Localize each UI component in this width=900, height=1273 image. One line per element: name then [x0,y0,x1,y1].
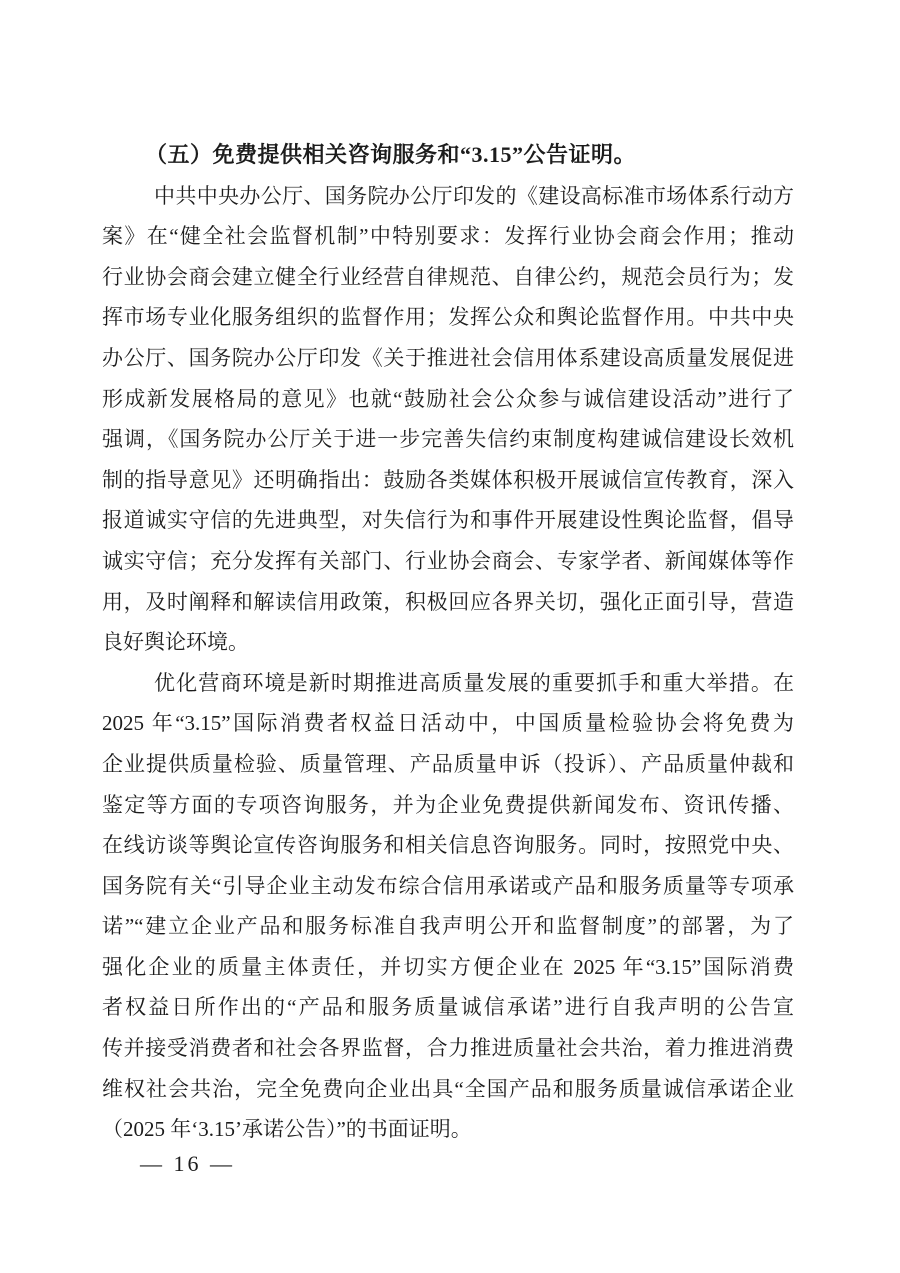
text-line: 制的指导意见》还明确指出：鼓励各类媒体积极开展诚信宣传教育，深入 [102,460,794,501]
text-line: 企业提供质量检验、质量管理、产品质量申诉（投诉）、产品质量仲裁和 [102,744,794,785]
text-line: 传并接受消费者和社会各界监督，合力推进质量社会共治，着力推进消费 [102,1028,794,1069]
text-line: 2025 年“3.15”国际消费者权益日活动中，中国质量检验协会将免费为 [102,703,794,744]
text-line: 者权益日所作出的“产品和服务质量诚信承诺”进行自我声明的公告宣 [102,987,794,1028]
text-line: 诺”“建立企业产品和服务标准自我声明公开和监督制度”的部署，为了 [102,906,794,947]
section-heading: （五）免费提供相关咨询服务和“3.15”公告证明。 [102,135,794,176]
document-page: （五）免费提供相关咨询服务和“3.15”公告证明。 中共中央办公厅、国务院办公厅… [0,0,900,1273]
text-line: 挥市场专业化服务组织的监督作用；发挥公众和舆论监督作用。中共中央 [102,297,794,338]
document-content: （五）免费提供相关咨询服务和“3.15”公告证明。 中共中央办公厅、国务院办公厅… [102,135,794,1150]
text-line: 在线访谈等舆论宣传咨询服务和相关信息咨询服务。同时，按照党中央、 [102,825,794,866]
paragraph: 中共中央办公厅、国务院办公厅印发的《建设高标准市场体系行动方案》在“健全社会监督… [102,176,794,663]
text-line: 案》在“健全社会监督机制”中特别要求：发挥行业协会商会作用；推动 [102,216,794,257]
page-number: — 16 — [140,1147,235,1181]
text-line: 强调，《国务院办公厅关于进一步完善失信约束制度构建诚信建设长效机 [102,419,794,460]
text-line: 良好舆论环境。 [102,622,794,663]
text-line: 诚实守信；充分发挥有关部门、行业协会商会、专家学者、新闻媒体等作 [102,541,794,582]
text-line: 形成新发展格局的意见》也就“鼓励社会公众参与诚信建设活动”进行了 [102,379,794,420]
text-line: 中共中央办公厅、国务院办公厅印发的《建设高标准市场体系行动方 [102,176,794,217]
text-line: 优化营商环境是新时期推进高质量发展的重要抓手和重大举措。在 [102,663,794,704]
text-line: 报道诚实守信的先进典型，对失信行为和事件开展建设性舆论监督，倡导 [102,500,794,541]
paragraphs-container: 中共中央办公厅、国务院办公厅印发的《建设高标准市场体系行动方案》在“健全社会监督… [102,176,794,1150]
paragraph: 优化营商环境是新时期推进高质量发展的重要抓手和重大举措。在2025 年“3.15… [102,663,794,1150]
text-line: 强化企业的质量主体责任，并切实方便企业在 2025 年“3.15”国际消费 [102,947,794,988]
text-line: 维权社会共治，完全免费向企业出具“全国产品和服务质量诚信承诺企业 [102,1069,794,1110]
text-line: 用，及时阐释和解读信用政策，积极回应各界关切，强化正面引导，营造 [102,582,794,623]
text-line: 办公厅、国务院办公厅印发《关于推进社会信用体系建设高质量发展促进 [102,338,794,379]
text-line: 国务院有关“引导企业主动发布综合信用承诺或产品和服务质量等专项承 [102,866,794,907]
text-line: （2025 年‘3.15’承诺公告）”的书面证明。 [102,1109,794,1150]
text-line: 行业协会商会建立健全行业经营自律规范、自律公约，规范会员行为；发 [102,257,794,298]
text-line: 鉴定等方面的专项咨询服务，并为企业免费提供新闻发布、资讯传播、 [102,785,794,826]
